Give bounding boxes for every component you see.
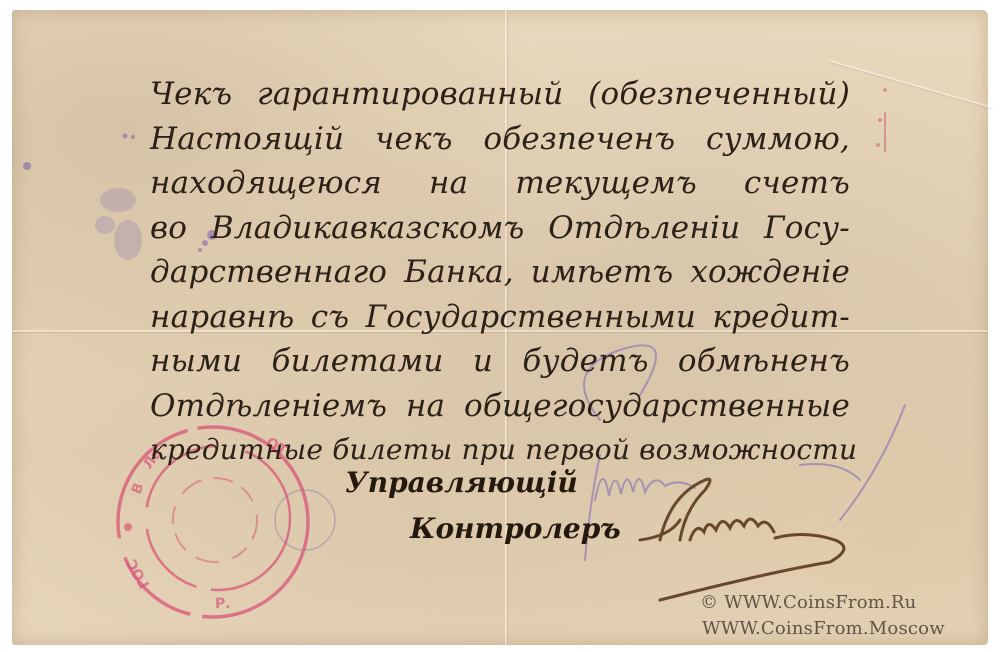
body-line: находящеюся на текущемъ счетъ bbox=[150, 161, 850, 206]
body-line: дарственнаго Банка, имѣетъ хожденіе bbox=[150, 250, 850, 295]
controller-label: Контролеръ bbox=[410, 512, 621, 545]
watermark-line-2: WWW.CoinsFrom.Moscow bbox=[702, 618, 945, 639]
cheque-body-text: Чекъ гарантированный (обезпеченный) Наст… bbox=[150, 72, 870, 473]
body-line: ными билетами и будетъ обмѣненъ bbox=[150, 339, 850, 384]
body-line: наравнѣ съ Государственными кредит- bbox=[150, 295, 850, 340]
watermark-line-1: © WWW.CoinsFrom.Ru bbox=[700, 592, 916, 613]
body-line: Отдѣленіемъ на общегосударственные bbox=[150, 384, 850, 429]
document-scan: В Ла ОТ ГОС Р. Чекъ гарантированный (обе… bbox=[0, 0, 1000, 652]
body-line: Чекъ гарантированный (обезпеченный) bbox=[150, 72, 850, 117]
body-line: во Владикавказскомъ Отдѣленіи Госу- bbox=[150, 206, 850, 251]
manager-label: Управляющій bbox=[345, 466, 578, 499]
body-line: Настоящій чекъ обезпеченъ суммою, bbox=[150, 117, 850, 162]
